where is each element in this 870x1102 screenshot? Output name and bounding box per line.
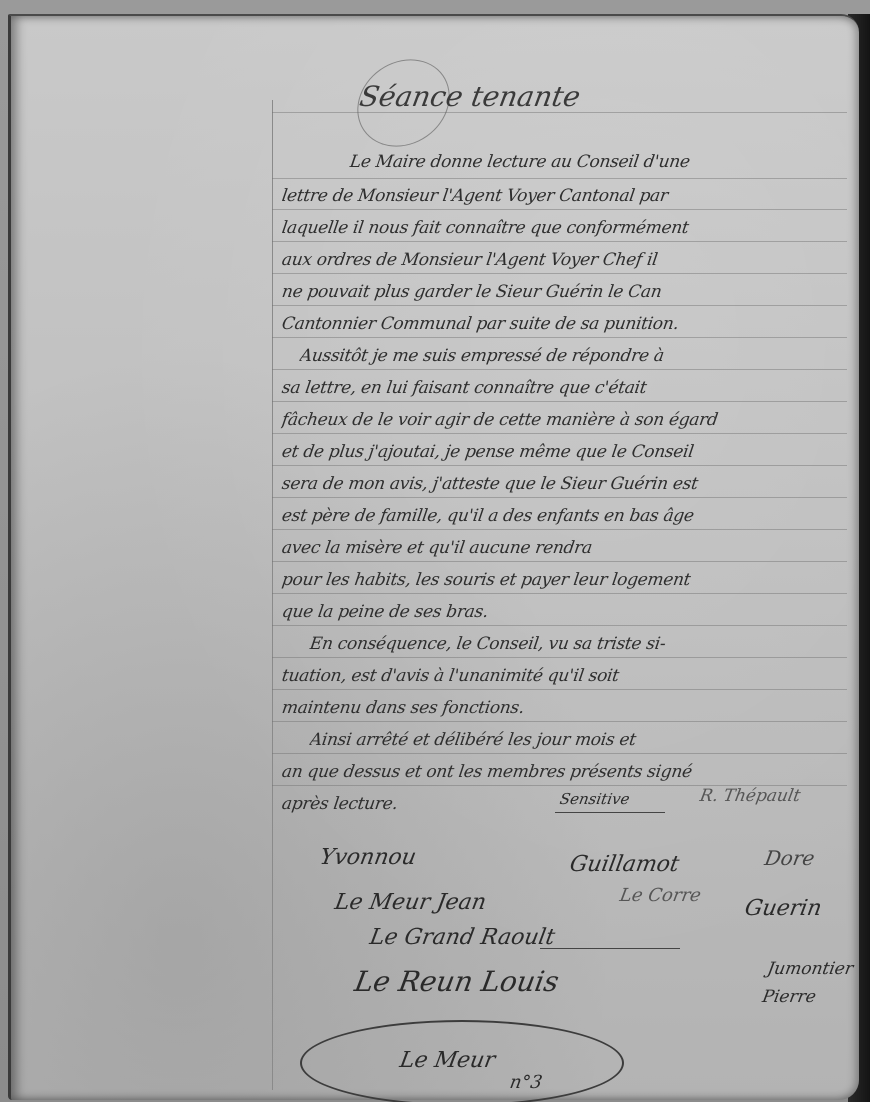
seal-mark: n°3 [508,1072,544,1093]
ruled-line [272,209,847,210]
ruled-line [272,561,847,562]
ruled-line [272,625,847,626]
signature: Le Reun Louis [352,965,561,998]
signature: Guillamot [568,852,681,877]
text-line: Aussitôt je me suis empressé de répondre… [299,346,849,366]
signature-flourish [555,812,665,813]
mayor-signature: Le Meur [398,1048,497,1073]
signature: Le Grand Raoult [368,925,557,950]
ruled-line [272,178,847,179]
ruled-line [272,529,847,530]
text-line: laquelle il nous fait connaître que conf… [281,218,849,238]
margin-rule [272,100,273,1090]
text-line: aux ordres de Monsieur l'Agent Voyer Che… [281,250,849,270]
text-line: maintenu dans ses fonctions. [281,698,849,718]
signature: Sensitive [558,790,631,808]
ruled-line [272,241,847,242]
signature: Le Meur Jean [333,890,488,915]
text-line: ne pouvait plus garder le Sieur Guérin l… [281,282,849,302]
text-line: pour les habits, les souris et payer leu… [281,570,849,590]
ruled-line [272,689,847,690]
ruled-line [272,465,847,466]
document-title: Séance tenante [357,80,583,113]
signature: Guerin [743,896,824,921]
text-line: sera de mon avis, j'atteste que le Sieur… [281,474,849,494]
text-line: Ainsi arrêté et délibéré les jour mois e… [309,730,849,750]
text-line: lettre de Monsieur l'Agent Voyer Cantona… [281,186,849,206]
text-line: et de plus j'ajoutai, je pense même que … [281,442,849,462]
text-line: tuation, est d'avis à l'unanimité qu'il … [281,666,849,686]
ruled-line [272,753,847,754]
ruled-line [272,273,847,274]
text-line: Le Maire donne lecture au Conseil d'une [349,152,849,172]
signature: Dore [763,846,817,870]
signature-flourish [540,948,680,949]
ruled-line [272,497,847,498]
signature: Jumontier Pierre [760,955,850,1011]
ruled-line [272,369,847,370]
text-line: Cantonnier Communal par suite de sa puni… [281,314,849,334]
signature: Yvonnou [318,845,418,870]
ruled-line [272,305,847,306]
ruled-line [272,721,847,722]
text-line: an que dessus et ont les membres présent… [281,762,849,782]
signature: R. Thépault [698,786,802,806]
text-line: En conséquence, le Conseil, vu sa triste… [309,634,849,654]
text-line: fâcheux de le voir agir de cette manière… [281,410,849,430]
text-line: sa lettre, en lui faisant connaître que … [281,378,849,398]
text-line: que la peine de ses bras. [281,602,849,622]
text-line: avec la misère et qu'il aucune rendra [281,538,849,558]
ruled-line [272,337,847,338]
signature: Le Corre [618,885,703,906]
ruled-line [272,657,847,658]
ruled-line [272,593,847,594]
ruled-line [272,401,847,402]
text-line: est père de famille, qu'il a des enfants… [281,506,849,526]
ruled-line [272,433,847,434]
